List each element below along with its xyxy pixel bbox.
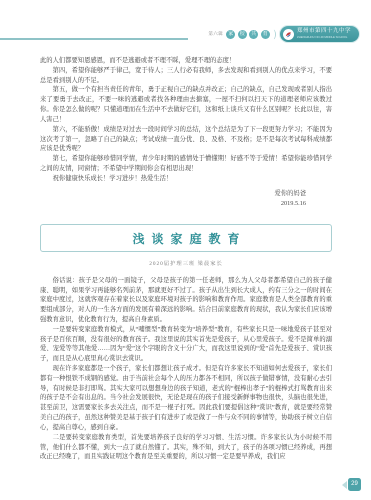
school-crest-icon xyxy=(283,29,294,40)
article-byline: 2020届护理三班 梁晨家长 xyxy=(40,259,332,267)
page-number-badge: 29 xyxy=(342,478,362,491)
article-paragraph: 俗话说：孩子是父母的一面镜子，父母是孩子的第一任老师，那么为人父母者都希望自己的… xyxy=(40,276,332,325)
article-title-box: 浅谈家庭教育 xyxy=(40,224,332,252)
letter-signature-block: 爱你的妈爸 2019.5.16 xyxy=(40,189,332,209)
section-badge: 家 xyxy=(226,30,235,39)
section-badge: 校 xyxy=(238,30,247,39)
section-badge: 育 xyxy=(261,30,270,39)
document-page: 第六辑 家 校 共 育 ) 郑州市第四十九中学 ZHENGZHOU NO.49 … xyxy=(0,0,371,500)
article-title: 浅谈家庭教育 xyxy=(41,230,331,247)
letter-paragraph: 祝你健康快乐成长！学习进步！热爱生活！ xyxy=(40,174,332,184)
edition-label: 第六辑 xyxy=(208,31,223,37)
letter-paragraph: 第四，希望你能够严于律己，宽于待人；三人行必有我师，多去发现和看到别人的优点来学… xyxy=(40,66,332,86)
page-number: 29 xyxy=(348,478,361,491)
article-paragraph: 二是要转变家庭教育类型，首先要培养孩子良好的学习习惯、生活习惯。许多家长认为小时… xyxy=(40,433,332,462)
article-section: 俗话说：孩子是父母的一面镜子，父母是孩子的第一任老师，那么为人父母者都希望自己的… xyxy=(40,276,332,462)
article-paragraph: 一是要转变家庭教育模式，从“哺惯型”教育转变为“培养型”教育，有些家长只是一味地… xyxy=(40,325,332,364)
badge-bracket-icon: ) xyxy=(274,30,276,39)
letter-paragraph: 第七，希望你能够珍惜同学情，青少年时期的感情处于懵懂期！好感不等于爱情！希望你能… xyxy=(40,154,332,174)
letter-section: 此的人们都要知恩感恩，而不是逃避或者不理不睬，爱理不理的态度！ 第四，希望你能够… xyxy=(40,56,332,209)
section-badge: 共 xyxy=(249,30,258,39)
header-divider-line xyxy=(0,38,188,40)
letter-signature: 爱你的妈爸 xyxy=(40,189,306,199)
article-paragraph: 现在许多家庭都是一个孩子，家长们都想让孩子成才。但是有许多家长不知道如何去爱孩子… xyxy=(40,364,332,433)
letter-date: 2019.5.16 xyxy=(40,199,306,209)
letter-paragraph: 此的人们都要知恩感恩，而不是逃避或者不理不睬，爱理不理的态度！ xyxy=(40,56,332,66)
letter-paragraph: 第六，不能骄傲！成绩是对过去一段时间学习的总结，这个总结是为了下一段更努力学习；… xyxy=(40,125,332,154)
page-header: 第六辑 家 校 共 育 ) 郑州市第四十九中学 ZHENGZHOU NO.49 … xyxy=(208,26,359,42)
page-badge-arrow-icon xyxy=(342,481,347,489)
letter-paragraph: 第五，做一个有担当责任的青年，勇于正视自己的缺点并改正；自己的缺点，自己发现或者… xyxy=(40,85,332,124)
page-content: 此的人们都要知恩感恩，而不是逃避或者不理不睬，爱理不理的态度！ 第四，希望你能够… xyxy=(40,56,332,462)
school-name-english: ZHENGZHOU NO.49 MIDDLE SCHOOL xyxy=(297,36,351,39)
section-badge-group: 家 校 共 育 ) xyxy=(226,30,277,39)
school-text-block: 郑州市第四十九中学 ZHENGZHOU NO.49 MIDDLE SCHOOL xyxy=(297,29,351,38)
school-logo-pill: 郑州市第四十九中学 ZHENGZHOU NO.49 MIDDLE SCHOOL xyxy=(280,26,359,42)
